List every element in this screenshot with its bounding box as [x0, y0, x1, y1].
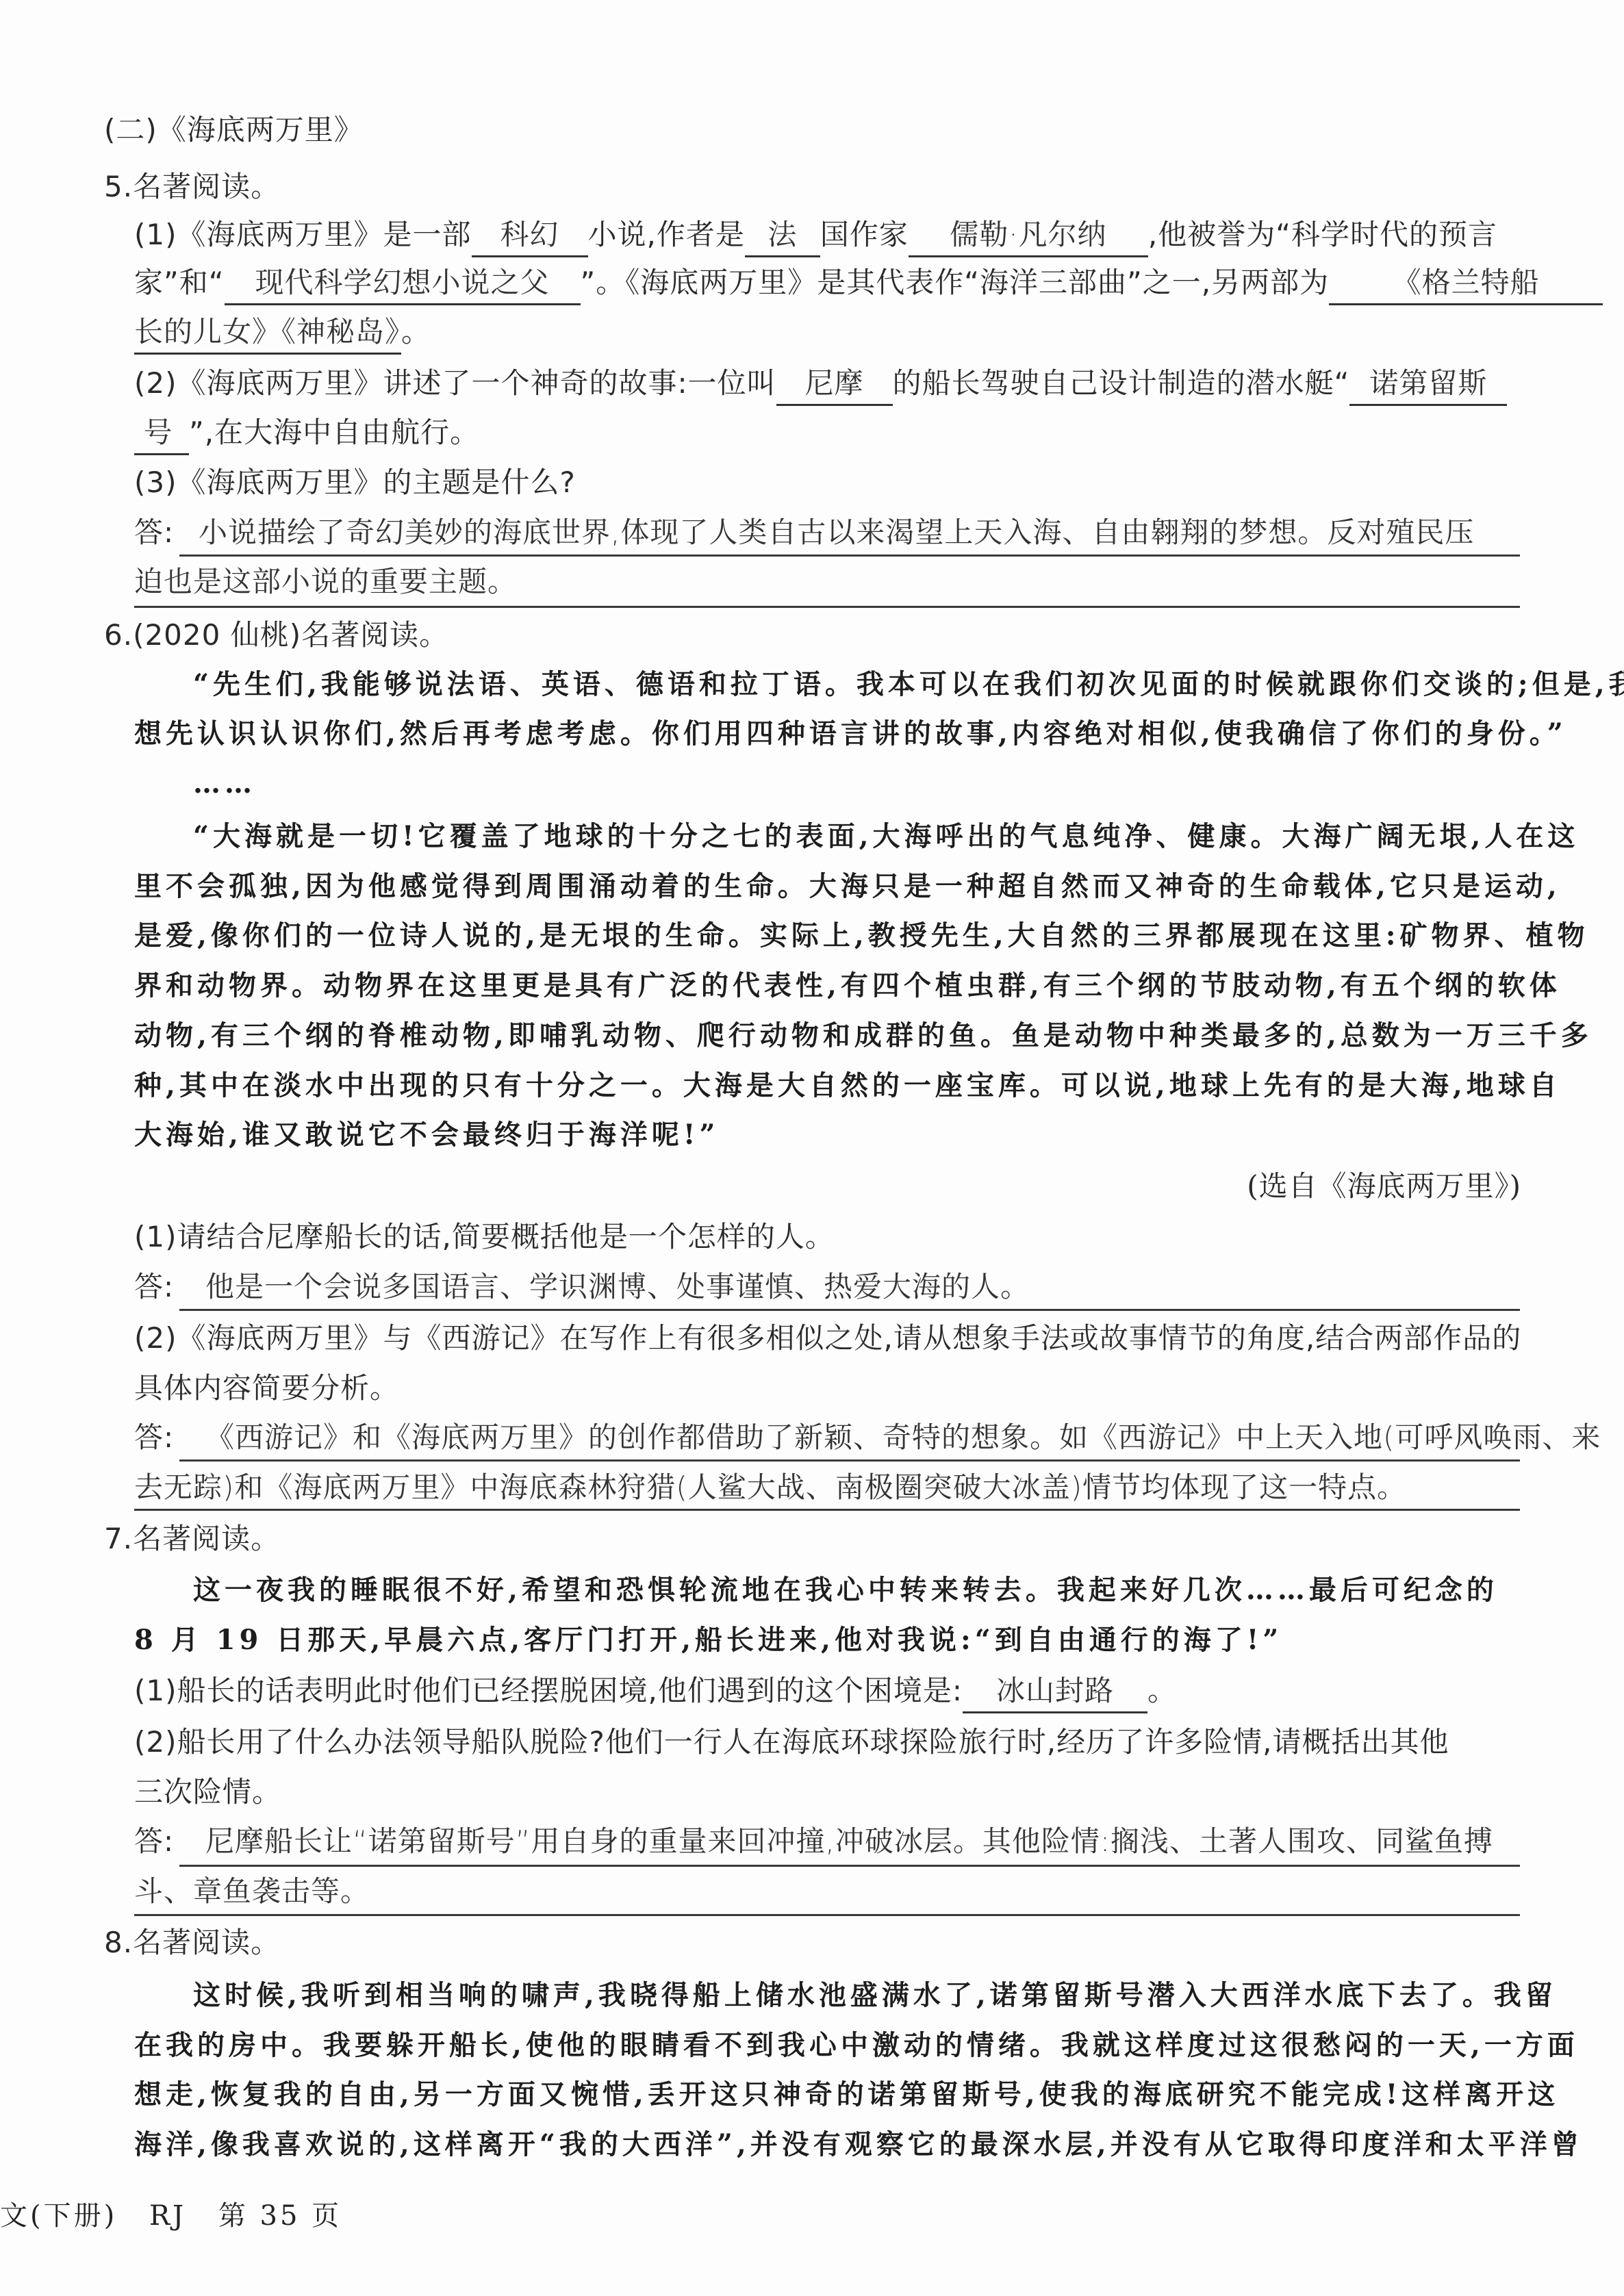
- question-5-title: 5.名著阅读。: [104, 166, 280, 207]
- text: 小说,作者是: [588, 218, 745, 251]
- text: ,他被誉为“科学时代的预言: [1148, 218, 1497, 251]
- answer-blank-genre[interactable]: 科幻: [472, 214, 588, 257]
- q5-part1-line2: 家”和“现代科学幻想小说之父”。《海底两万里》是其代表作“海洋三部曲”之一,另两…: [134, 262, 1603, 305]
- answer-blank-country[interactable]: 法: [745, 214, 820, 257]
- section-title: (二)《海底两万里》: [104, 110, 364, 151]
- q6-sub1-answer-label: 答:: [134, 1266, 174, 1308]
- text: 。: [1147, 1674, 1177, 1707]
- text: 国作家: [820, 218, 909, 251]
- q6-passage1-line2: 想先认识认识你们,然后再考虑考虑。你们用四种语言讲的故事,内容绝对相似,使我确信…: [134, 713, 1567, 754]
- answer-blank-trilogy-part2[interactable]: 长的儿女》《神秘岛》: [134, 311, 401, 355]
- q7-sub2-answer-label: 答:: [134, 1821, 174, 1862]
- question-6-title: 6.(2020 仙桃)名著阅读。: [104, 615, 448, 656]
- answer-underline: [179, 1865, 1520, 1867]
- answer-blank-submarine-part1[interactable]: 诺第留斯: [1349, 363, 1507, 406]
- worksheet-page: (二)《海底两万里》 5.名著阅读。 (1)《海底两万里》是一部科幻小说,作者是…: [0, 0, 1624, 2296]
- q6-passage2-line: 是爱,像你们的一位诗人说的,是无垠的生命。实际上,教授先生,大自然的三界都展现在…: [134, 915, 1588, 956]
- q6-sub1-question: (1)请结合尼摩船长的话,简要概括他是一个怎样的人。: [134, 1216, 835, 1258]
- answer-blank-title[interactable]: 现代科学幻想小说之父: [225, 262, 581, 305]
- q7-passage-line1: 这一夜我的睡眠很不好,希望和恐惧轮流地在我心中转来转去。我起来好几次……最后可纪…: [193, 1570, 1498, 1611]
- answer-blank-submarine-part2[interactable]: 号: [134, 412, 189, 455]
- answer-blank-captain[interactable]: 尼摩: [776, 363, 893, 406]
- q6-sub2-answer-label: 答:: [134, 1417, 174, 1458]
- q8-passage-line: 在我的房中。我要躲开船长,使他的眼睛看不到我心中激动的情绪。我就这样度过这很愁闷…: [134, 2025, 1579, 2066]
- q6-sub2-question-line1: (2)《海底两万里》与《西游记》在写作上有很多相似之处,请从想象手法或故事情节的…: [134, 1318, 1521, 1359]
- answer-underline: [134, 606, 1520, 608]
- answer-underline: [179, 554, 1520, 557]
- text: ”。《海底两万里》是其代表作“海洋三部曲”之一,另两部为: [581, 266, 1330, 299]
- q7-sub2-answer-line2[interactable]: 斗、章鱼袭击等。: [134, 1871, 370, 1912]
- q8-passage-line: 这时候,我听到相当响的啸声,我晓得船上储水池盛满水了,诺第留斯号潜入大西洋水底下…: [193, 1975, 1557, 2016]
- answer-blank-predicament[interactable]: 冰山封路: [963, 1670, 1147, 1713]
- q6-passage2-line: 界和动物界。动物界在这里更是具有广泛的代表性,有四个植虫群,有三个纲的节肢动物,…: [134, 965, 1561, 1006]
- answer-underline: [179, 1459, 1520, 1462]
- text: (1)船长的话表明此时他们已经摆脱困境,他们遇到的这个困境是:: [134, 1674, 963, 1707]
- q5-part3-answer-line2[interactable]: 迫也是这部小说的重要主题。: [134, 561, 517, 602]
- text: 的船长驾驶自己设计制造的潜水艇“: [893, 366, 1350, 400]
- q6-ellipsis: ……: [193, 763, 256, 804]
- q5-part1-line3: 长的儿女》《神秘岛》。: [134, 311, 431, 355]
- q8-passage-line: 想走,恢复我的自由,另一方面又惋惜,丢开这只神奇的诺第留斯号,使我的海底研究不能…: [134, 2074, 1559, 2115]
- footer-page-number: 第 35 页: [218, 2200, 342, 2232]
- q5-part2-line2: 号”,在大海中自由航行。: [134, 412, 479, 455]
- q7-sub1: (1)船长的话表明此时他们已经摆脱困境,他们遇到的这个困境是:冰山封路。: [134, 1670, 1177, 1713]
- q6-sub2-answer-line1[interactable]: 《西游记》和《海底两万里》的创作都借助了新颖、奇特的想象。如《西游记》中上天入地…: [205, 1417, 1601, 1458]
- text: ”,在大海中自由航行。: [189, 416, 479, 449]
- q6-passage1-line1: “先生们,我能够说法语、英语、德语和拉丁语。我本可以在我们初次见面的时候就跟你们…: [193, 664, 1624, 705]
- text: 家”和“: [134, 266, 225, 299]
- q5-part3-answer-label: 答:: [134, 512, 174, 553]
- text: 。: [401, 315, 431, 348]
- q6-passage2-line: 动物,有三个纲的脊椎动物,即哺乳动物、爬行动物和成群的鱼。鱼是动物中种类最多的,…: [134, 1015, 1593, 1056]
- q6-passage2-line: “大海就是一切!它覆盖了地球的十分之七的表面,大海呼出的气息纯净、健康。大海广阔…: [193, 816, 1579, 857]
- question-8-title: 8.名著阅读。: [104, 1922, 280, 1963]
- answer-underline: [134, 1914, 1520, 1916]
- q5-part1-line1: (1)《海底两万里》是一部科幻小说,作者是法国作家儒勒·凡尔纳,他被誉为“科学时…: [134, 214, 1497, 257]
- q8-passage-line: 海洋,像我喜欢说的,这样离开“我的大西洋”,并没有观察它的最深水层,并没有从它取…: [134, 2124, 1583, 2165]
- q7-sub2-question-line1: (2)船长用了什么办法领导船队脱险?他们一行人在海底环球探险旅行时,经历了许多险…: [134, 1722, 1449, 1763]
- q6-passage2-line: 种,其中在淡水中出现的只有十分之一。大海是大自然的一座宝库。可以说,地球上先有的…: [134, 1065, 1561, 1106]
- q5-part2-line1: (2)《海底两万里》讲述了一个神奇的故事:一位叫尼摩的船长驾驶自己设计制造的潜水…: [134, 363, 1507, 406]
- q6-sub2-answer-line2[interactable]: 去无踪)和《海底两万里》中海底森林狩猎(人鲨大战、南极圈突破大冰盖)情节均体现了…: [134, 1467, 1406, 1508]
- answer-blank-author[interactable]: 儒勒·凡尔纳: [909, 214, 1148, 257]
- text: (2)《海底两万里》讲述了一个神奇的故事:一位叫: [134, 366, 776, 400]
- answer-underline: [134, 1509, 1520, 1511]
- question-7-title: 7.名著阅读。: [104, 1518, 280, 1559]
- q7-passage-line2: 8 月 19 日那天,早晨六点,客厅门打开,船长进来,他对我说:“到自由通行的海…: [134, 1620, 1282, 1661]
- page-footer: 文(下册) RJ 第 35 页: [0, 2194, 342, 2233]
- q6-passage2-line: 大海始,谁又敢说它不会最终归于海洋呢!”: [134, 1114, 720, 1156]
- text: (1)《海底两万里》是一部: [134, 218, 472, 251]
- q5-part3-answer-line1[interactable]: 小说描绘了奇幻美妙的海底世界,体现了人类自古以来渴望上天入海、自由翱翔的梦想。反…: [199, 512, 1474, 553]
- q6-source: (选自《海底两万里》): [1247, 1166, 1521, 1207]
- footer-edition: RJ: [149, 2200, 186, 2232]
- q5-part3-question: (3)《海底两万里》的主题是什么?: [134, 462, 576, 503]
- q6-sub1-answer[interactable]: 他是一个会说多国语言、学识渊博、处事谨慎、热爱大海的人。: [205, 1266, 1030, 1308]
- q6-passage2-line: 里不会孤独,因为他感觉得到周围涌动着的生命。大海只是一种超自然而又神奇的生命载体…: [134, 866, 1561, 907]
- answer-blank-trilogy-part1[interactable]: 《格兰特船: [1329, 262, 1603, 305]
- answer-underline: [179, 1309, 1520, 1311]
- footer-book: 文(下册): [0, 2200, 117, 2232]
- q7-sub2-answer-line1[interactable]: 尼摩船长让“诺第留斯号”用自身的重量来回冲撞,冲破冰层。其他险情:搁浅、土著人围…: [205, 1821, 1493, 1862]
- q7-sub2-question-line2: 三次险情。: [134, 1772, 281, 1813]
- q6-sub2-question-line2: 具体内容简要分析。: [134, 1368, 399, 1409]
